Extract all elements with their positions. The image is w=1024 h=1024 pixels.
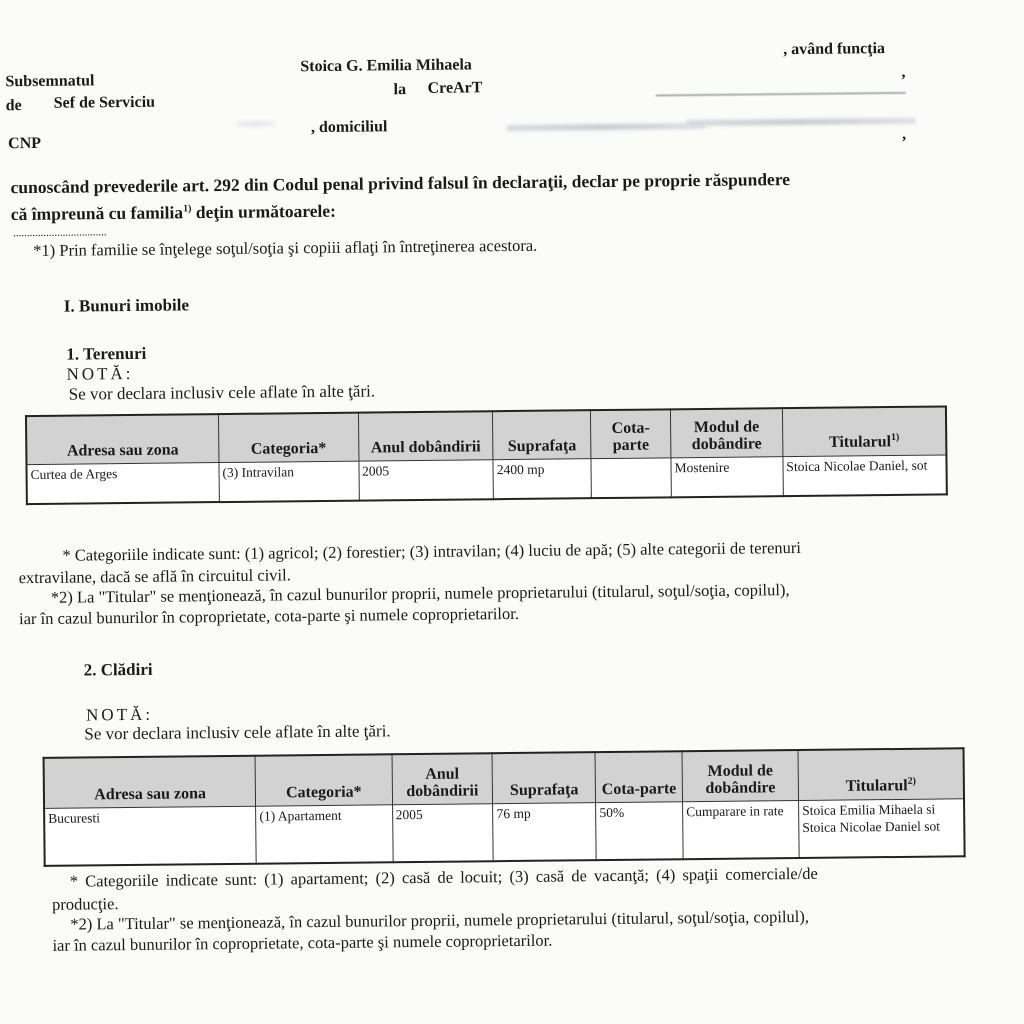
col-header: Suprafaţa <box>492 752 595 803</box>
table-row: Curtea de Arges (3) Intravilan 2005 2400… <box>26 454 946 504</box>
footnote-categories: * Categoriile indicate sunt: (1) apartam… <box>70 863 818 892</box>
comma: , <box>901 64 905 82</box>
cell-titular: Stoica Nicolae Daniel, sot <box>783 454 947 496</box>
institution-value: CreArT <box>427 79 482 98</box>
cell-anul: 2005 <box>392 803 493 862</box>
cell-categoria: (3) Intravilan <box>219 461 359 502</box>
col-header: Suprafaţa <box>493 410 591 459</box>
col-header-text: Titularul <box>829 434 891 452</box>
function-value: Sef de Serviciu <box>54 94 156 113</box>
cell-cota-parte: 50% <box>596 801 683 860</box>
redacted-cnp <box>236 120 276 126</box>
cell-modul: Mostenire <box>671 456 783 497</box>
col-header: Modul de dobândire <box>682 750 799 801</box>
terenuri-table: Adresa sau zona Categoria* Anul dobândir… <box>25 405 948 505</box>
nota-label: NOTĂ: <box>66 364 133 385</box>
declaration-text: că împreună cu familia <box>11 202 183 224</box>
la-label: la <box>393 81 406 99</box>
comma: , <box>902 126 906 144</box>
col-header: Titularul2) <box>798 748 964 800</box>
redacted-field <box>656 92 906 97</box>
nota-label: NOTĂ: <box>86 705 153 726</box>
col-header: Cota-parte <box>595 751 682 802</box>
cell-adresa: Bucuresti <box>44 806 256 866</box>
declaration-text: deţin următoarele: <box>191 201 336 223</box>
cell-cota-parte <box>591 457 671 498</box>
cladiri-table: Adresa sau zona Categoria* Anul dobândir… <box>43 747 966 867</box>
col-header: Anul dobândirii <box>358 411 493 460</box>
nota-text: Se vor declara inclusiv cele aflate în a… <box>84 721 391 744</box>
col-header: Cota-parte <box>591 409 671 458</box>
footnote-family: *1) Prin familie se înţelege soţul/soţia… <box>33 236 537 261</box>
redacted-address <box>686 118 916 126</box>
cell-titular: Stoica Emilia Mihaela si Stoica Nicolae … <box>799 798 965 858</box>
footnote-categories-cont: producţie. <box>52 893 119 915</box>
nota-text: Se vor declara inclusiv cele aflate în a… <box>69 381 376 404</box>
footnote-ref: 2) <box>908 776 916 787</box>
footnote-categories: * Categoriile indicate sunt: (1) agricol… <box>62 537 801 566</box>
subsemnatul-label: Subsemnatul <box>5 72 94 91</box>
col-header-text: Titularul <box>846 777 908 795</box>
cnp-label: CNP <box>8 135 41 153</box>
cell-suprafata: 2400 mp <box>493 458 591 499</box>
col-header: Adresa sau zona <box>26 414 219 464</box>
domiciliu-label: , domiciliul <box>311 118 388 137</box>
cladiri-title: 2. Clădiri <box>84 660 153 681</box>
redacted-address <box>506 123 706 131</box>
declaration-line-1: cunoscând prevederile art. 292 din Codul… <box>10 167 790 199</box>
footnote-titular-cont: iar în cazul bunurilor în coproprietate,… <box>52 930 552 956</box>
section-title: I. Bunuri imobile <box>64 295 189 316</box>
cell-anul: 2005 <box>359 459 494 500</box>
footnote-titular-cont: iar în cazul bunurilor în coproprietate,… <box>19 603 519 629</box>
de-label: de <box>6 97 22 115</box>
footnote-ref: 1) <box>891 432 899 443</box>
dotted-separator: .................................. <box>13 226 107 239</box>
avand-functia-label: , având funcţia <box>783 40 885 59</box>
declaration-page: Subsemnatul Stoica G. Emilia Mihaela , a… <box>0 0 1024 1024</box>
col-header: Categoria* <box>218 413 358 462</box>
table-row: Bucuresti (1) Apartament 2005 76 mp 50% … <box>44 798 965 866</box>
col-header: Titularul1) <box>782 406 946 456</box>
declaration-line-2: că împreună cu familia1) deţin următoare… <box>11 196 336 226</box>
col-header: Adresa sau zona <box>44 756 256 808</box>
declarant-name: Stoica G. Emilia Mihaela <box>300 56 472 76</box>
cell-categoria: (1) Apartament <box>256 804 393 863</box>
terenuri-title: 1. Terenuri <box>66 344 146 365</box>
footnote-ref: 1) <box>183 203 191 214</box>
col-header: Modul de dobândire <box>670 408 782 457</box>
col-header: Categoria* <box>255 754 392 805</box>
col-header: Anul dobândirii <box>392 753 493 804</box>
cell-suprafata: 76 mp <box>493 802 596 861</box>
cell-adresa: Curtea de Arges <box>26 462 219 504</box>
cell-modul: Cumparare in rate <box>683 800 800 859</box>
